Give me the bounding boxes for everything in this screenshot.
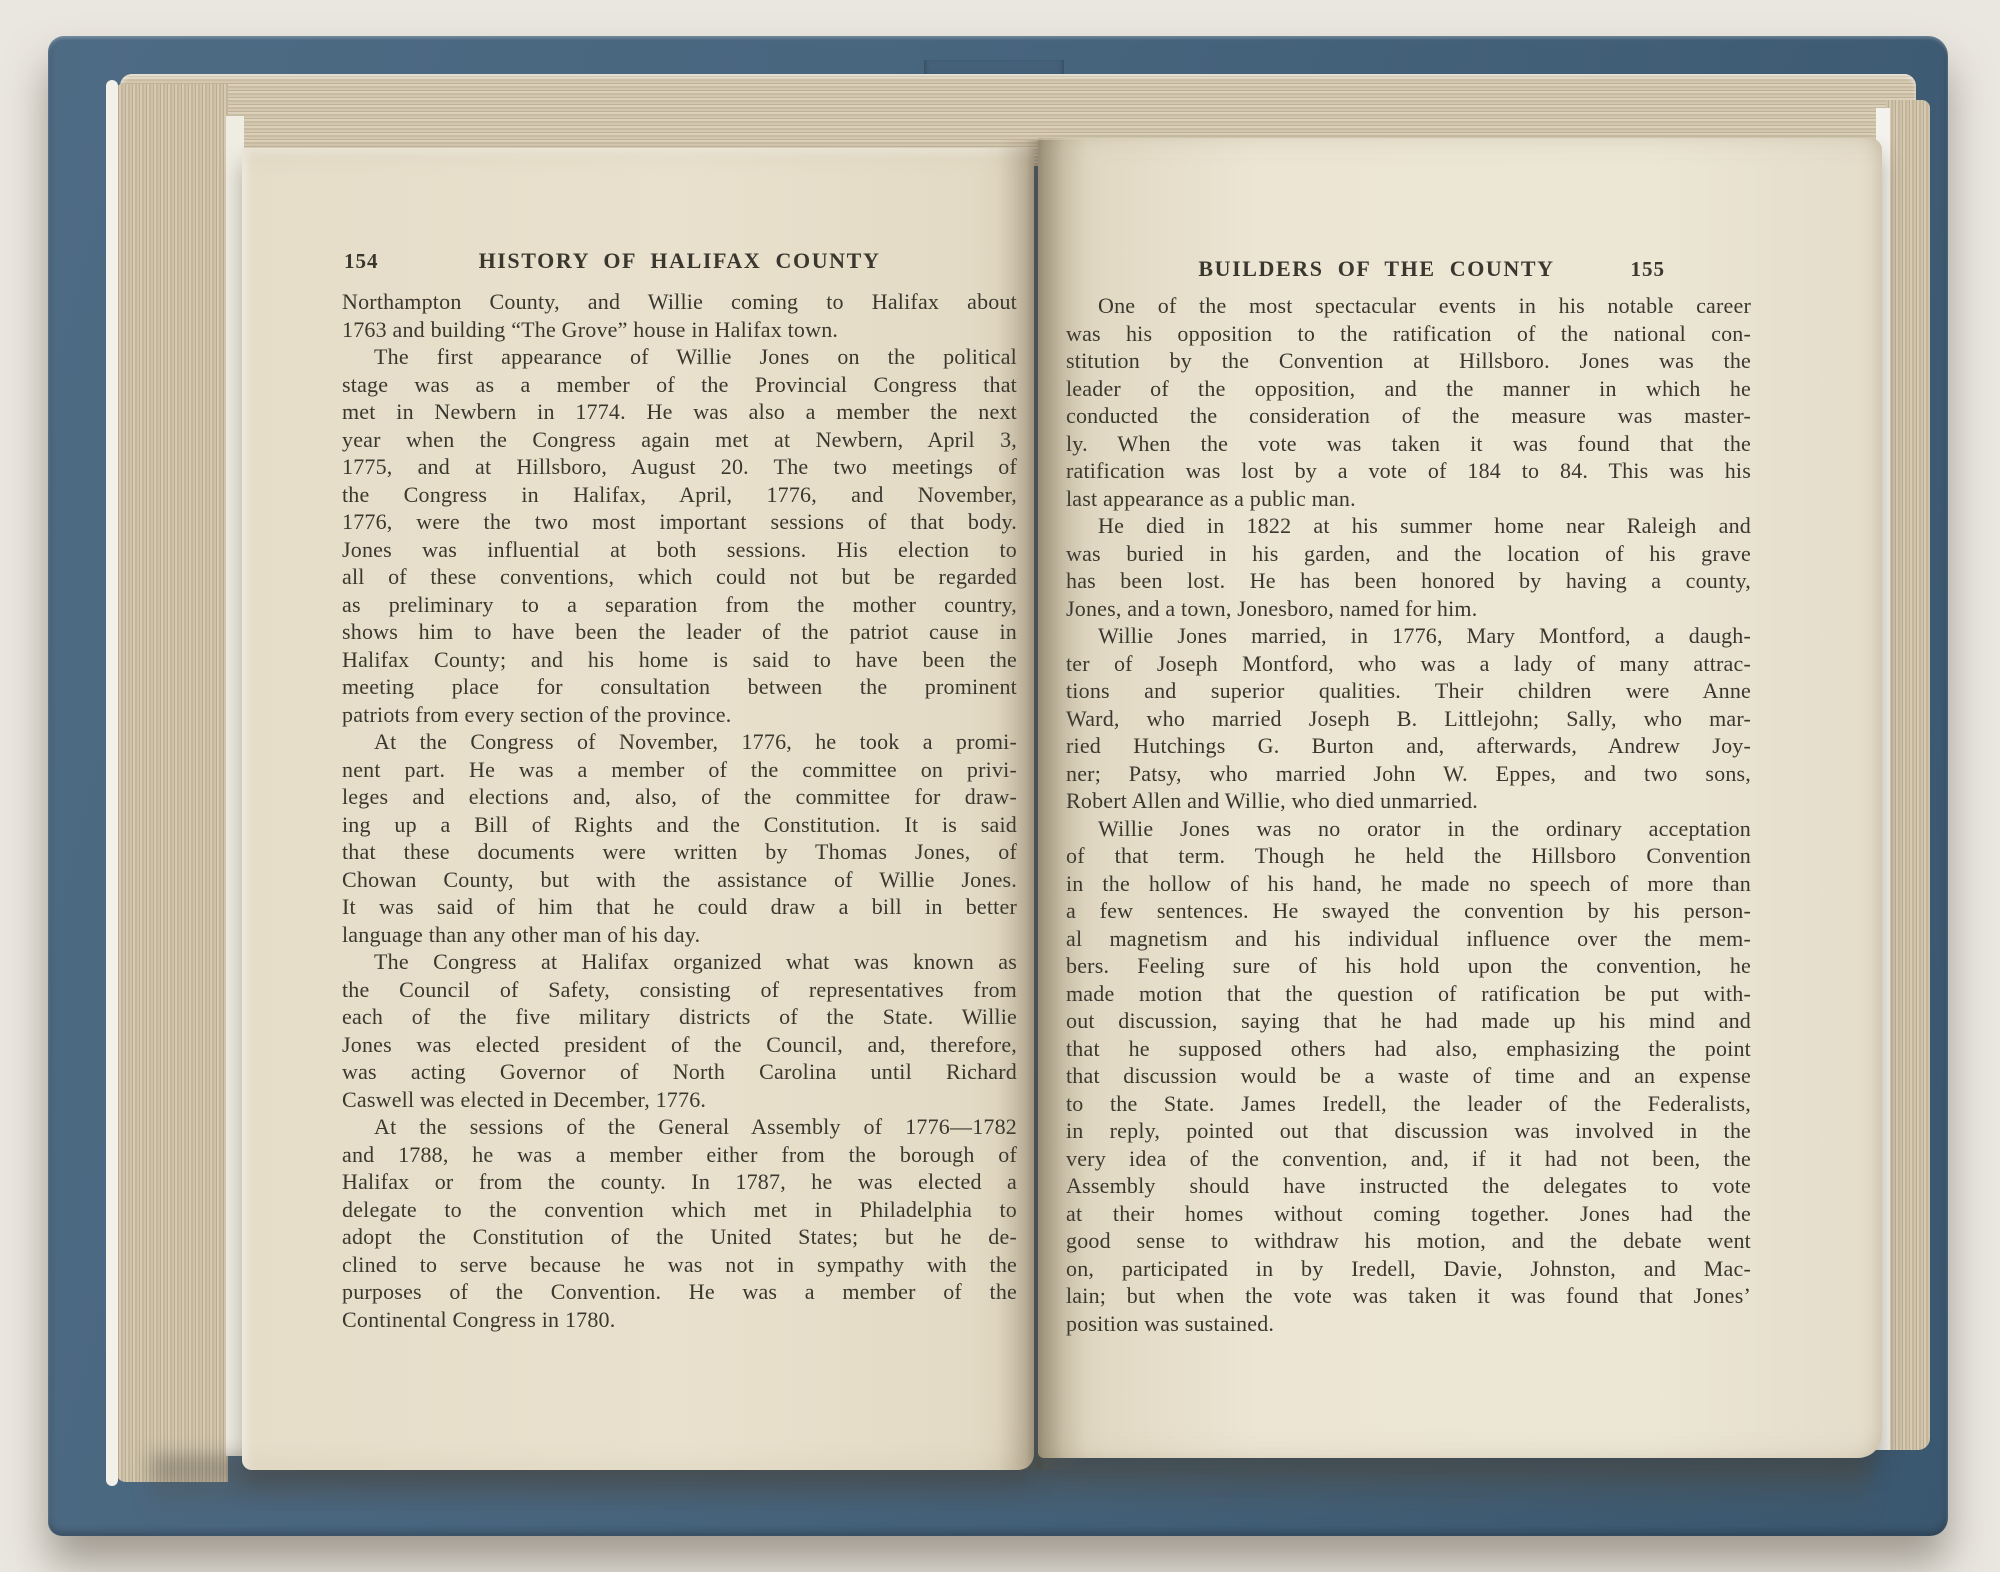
- text-line: Halifax County; and his home is said to …: [342, 646, 1017, 674]
- text-line: and 1788, he was a member either from th…: [342, 1141, 1017, 1169]
- text-line: that these documents were written by Tho…: [342, 838, 1017, 866]
- text-line: 1763 and building “The Grove” house in H…: [342, 316, 1017, 344]
- text-line: meeting place for consultation between t…: [342, 673, 1017, 701]
- text-line: that he supposed others had also, emphas…: [1066, 1035, 1751, 1063]
- page-edge-stack-right: [1886, 100, 1930, 1450]
- text-line: language than any other man of his day.: [342, 921, 1017, 949]
- text-line: The Congress at Halifax organized what w…: [342, 948, 1017, 976]
- text-line: ly. When the vote was taken it was found…: [1066, 430, 1751, 458]
- text-line: stage was as a member of the Provincial …: [342, 371, 1017, 399]
- left-page: 154 HISTORY OF HALIFAX COUNTY Northampto…: [242, 148, 1034, 1470]
- text-line: Jones was influential at both sessions. …: [342, 536, 1017, 564]
- text-line: conducted the consideration of the measu…: [1066, 402, 1751, 430]
- text-line: At the Congress of November, 1776, he to…: [342, 728, 1017, 756]
- paragraph: He died in 1822 at his summer home near …: [1066, 512, 1751, 622]
- paragraph: Willie Jones married, in 1776, Mary Mont…: [1066, 622, 1751, 815]
- text-line: was acting Governor of North Carolina un…: [342, 1058, 1017, 1086]
- text-line: One of the most spectacular events in hi…: [1066, 292, 1751, 320]
- endpaper-rim-left-outer: [106, 80, 118, 1486]
- text-line: Chowan County, but with the assistance o…: [342, 866, 1017, 894]
- text-line: in the hollow of his hand, he made no sp…: [1066, 870, 1751, 898]
- paragraph: Northampton County, and Willie coming to…: [342, 288, 1017, 343]
- text-line: leges and elections and, also, of the co…: [342, 783, 1017, 811]
- text-line: position was sustained.: [1066, 1310, 1751, 1338]
- text-line: Willie Jones married, in 1776, Mary Mont…: [1066, 622, 1751, 650]
- text-line: all of these conventions, which could no…: [342, 563, 1017, 591]
- left-running-header: HISTORY OF HALIFAX COUNTY: [342, 248, 1017, 274]
- text-line: made motion that the question of ratific…: [1066, 980, 1751, 1008]
- left-page-header: 154 HISTORY OF HALIFAX COUNTY: [342, 248, 1017, 280]
- text-line: adopt the Constitution of the United Sta…: [342, 1223, 1017, 1251]
- book-photo: 154 HISTORY OF HALIFAX COUNTY Northampto…: [0, 0, 2000, 1572]
- text-line: 1775, and at Hillsboro, August 20. The t…: [342, 453, 1017, 481]
- text-line: bers. Feeling sure of his hold upon the …: [1066, 952, 1751, 980]
- text-line: Ward, who married Joseph B. Littlejohn; …: [1066, 705, 1751, 733]
- text-line: leader of the opposition, and the manner…: [1066, 375, 1751, 403]
- paragraph: The first appearance of Willie Jones on …: [342, 343, 1017, 728]
- paragraph: One of the most spectacular events in hi…: [1066, 292, 1751, 512]
- gutter-shadow: [998, 140, 1086, 1470]
- left-page-number: 154: [344, 249, 379, 274]
- text-line: shows him to have been the leader of the…: [342, 618, 1017, 646]
- text-line: year when the Congress again met at Newb…: [342, 426, 1017, 454]
- text-line: was his opposition to the ratification o…: [1066, 320, 1751, 348]
- text-line: as preliminary to a separation from the …: [342, 591, 1017, 619]
- text-line: delegate to the convention which met in …: [342, 1196, 1017, 1224]
- text-line: out discussion, saying that he had made …: [1066, 1007, 1751, 1035]
- text-line: ter of Joseph Montford, who was a lady o…: [1066, 650, 1751, 678]
- text-line: stitution by the Convention at Hillsboro…: [1066, 347, 1751, 375]
- text-line: Robert Allen and Willie, who died unmarr…: [1066, 787, 1751, 815]
- right-page-header: BUILDERS OF THE COUNTY 155: [1066, 256, 1751, 288]
- text-line: ing up a Bill of Rights and the Constitu…: [342, 811, 1017, 839]
- text-line: ratification was lost by a vote of 184 t…: [1066, 457, 1751, 485]
- text-line: The first appearance of Willie Jones on …: [342, 343, 1017, 371]
- text-line: met in Newbern in 1774. He was also a me…: [342, 398, 1017, 426]
- paragraph: At the Congress of November, 1776, he to…: [342, 728, 1017, 948]
- text-line: last appearance as a public man.: [1066, 485, 1751, 513]
- text-line: good sense to withdraw his motion, and t…: [1066, 1227, 1751, 1255]
- text-line: Halifax or from the county. In 1787, he …: [342, 1168, 1017, 1196]
- paragraph: The Congress at Halifax organized what w…: [342, 948, 1017, 1113]
- text-line: Continental Congress in 1780.: [342, 1306, 1017, 1334]
- left-page-body: Northampton County, and Willie coming to…: [342, 288, 1017, 1333]
- paragraph: At the sessions of the General Assembly …: [342, 1113, 1017, 1333]
- text-line: nent part. He was a member of the commit…: [342, 756, 1017, 784]
- text-line: Jones, and a town, Jonesboro, named for …: [1066, 595, 1751, 623]
- page-edge-stack-left: [116, 84, 228, 1482]
- text-line: Jones was elected president of the Counc…: [342, 1031, 1017, 1059]
- text-line: the Council of Safety, consisting of rep…: [342, 976, 1017, 1004]
- text-line: tions and superior qualities. Their chil…: [1066, 677, 1751, 705]
- text-line: ried Hutchings G. Burton and, afterwards…: [1066, 732, 1751, 760]
- text-line: ner; Patsy, who married John W. Eppes, a…: [1066, 760, 1751, 788]
- text-line: that discussion would be a waste of time…: [1066, 1062, 1751, 1090]
- text-line: patriots from every section of the provi…: [342, 701, 1017, 729]
- text-line: al magnetism and his individual influenc…: [1066, 925, 1751, 953]
- text-line: clined to serve because he was not in sy…: [342, 1251, 1017, 1279]
- text-line: very idea of the convention, and, if it …: [1066, 1145, 1751, 1173]
- text-line: 1776, were the two most important sessio…: [342, 508, 1017, 536]
- text-line: At the sessions of the General Assembly …: [342, 1113, 1017, 1141]
- text-line: purposes of the Convention. He was a mem…: [342, 1278, 1017, 1306]
- paragraph: Willie Jones was no orator in the ordina…: [1066, 815, 1751, 1338]
- text-line: He died in 1822 at his summer home near …: [1066, 512, 1751, 540]
- right-page: BUILDERS OF THE COUNTY 155 One of the mo…: [1038, 138, 1882, 1458]
- text-line: on, participated in by Iredell, Davie, J…: [1066, 1255, 1751, 1283]
- text-line: lain; but when the vote was taken it was…: [1066, 1282, 1751, 1310]
- text-line: of that term. Though he held the Hillsbo…: [1066, 842, 1751, 870]
- text-line: Northampton County, and Willie coming to…: [342, 288, 1017, 316]
- text-line: to the State. James Iredell, the leader …: [1066, 1090, 1751, 1118]
- text-line: It was said of him that he could draw a …: [342, 893, 1017, 921]
- text-line: Assembly should have instructed the dele…: [1066, 1172, 1751, 1200]
- right-page-body: One of the most spectacular events in hi…: [1066, 292, 1751, 1337]
- text-line: was buried in his garden, and the locati…: [1066, 540, 1751, 568]
- text-line: has been lost. He has been honored by ha…: [1066, 567, 1751, 595]
- text-line: in reply, pointed out that discussion wa…: [1066, 1117, 1751, 1145]
- right-page-number: 155: [1631, 257, 1666, 282]
- text-line: at their homes without coming together. …: [1066, 1200, 1751, 1228]
- text-line: each of the five military districts of t…: [342, 1003, 1017, 1031]
- text-line: a few sentences. He swayed the conventio…: [1066, 897, 1751, 925]
- text-line: the Congress in Halifax, April, 1776, an…: [342, 481, 1017, 509]
- text-line: Caswell was elected in December, 1776.: [342, 1086, 1017, 1114]
- right-running-header: BUILDERS OF THE COUNTY: [1034, 256, 1719, 282]
- text-line: Willie Jones was no orator in the ordina…: [1066, 815, 1751, 843]
